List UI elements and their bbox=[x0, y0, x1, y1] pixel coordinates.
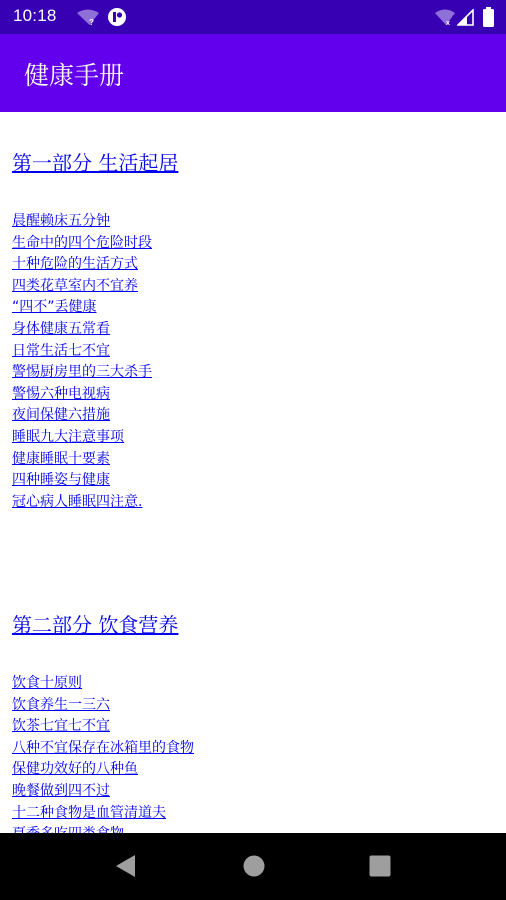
content-webview[interactable]: 第一部分 生活起居 晨醒赖床五分钟 生命中的四个危险时段 十种危险的生活方式 四… bbox=[0, 112, 506, 833]
list-item[interactable]: 警惕六种电视病 bbox=[12, 384, 152, 406]
back-triangle-icon bbox=[113, 853, 139, 879]
recents-square-icon bbox=[367, 853, 393, 879]
list-item[interactable]: 日常生活七不宜 bbox=[12, 341, 152, 363]
list-item[interactable]: 饮食十原则 bbox=[12, 673, 194, 695]
recents-button[interactable] bbox=[367, 853, 393, 879]
section-heading-diet[interactable]: 第二部分 饮食营养 bbox=[12, 609, 178, 638]
home-circle-icon bbox=[241, 853, 267, 879]
diet-link-list: 饮食十原则 饮食养生一三六 饮茶七宜七不宜 八种不宜保存在冰箱里的食物 保健功效… bbox=[12, 673, 194, 833]
notification-app-icon bbox=[107, 7, 127, 31]
home-button[interactable] bbox=[241, 853, 267, 879]
app-title: 健康手册 bbox=[24, 56, 124, 92]
list-item[interactable]: 十种危险的生活方式 bbox=[12, 254, 152, 276]
list-item[interactable]: 冠心病人睡眠四注意. bbox=[12, 492, 152, 514]
battery-icon bbox=[483, 7, 494, 31]
list-item[interactable]: 饮茶七宜七不宜 bbox=[12, 716, 194, 738]
system-nav-bar bbox=[0, 833, 506, 900]
svg-text:?: ? bbox=[89, 18, 94, 26]
list-item[interactable]: 夜间保健六措施 bbox=[12, 405, 152, 427]
wifi-off-icon: x bbox=[434, 9, 456, 30]
list-item[interactable]: “四不”丢健康 bbox=[12, 297, 152, 319]
cell-signal-icon bbox=[457, 9, 474, 30]
list-item[interactable]: 身体健康五常看 bbox=[12, 319, 152, 341]
list-item[interactable]: 晚餐做到四不过 bbox=[12, 781, 194, 803]
lifestyle-link-list: 晨醒赖床五分钟 生命中的四个危险时段 十种危险的生活方式 四类花草室内不宜养 “… bbox=[12, 211, 152, 513]
app-bar: 健康手册 bbox=[0, 34, 506, 112]
list-item[interactable]: 睡眠九大注意事项 bbox=[12, 427, 152, 449]
wifi-unknown-icon: ? bbox=[76, 9, 100, 30]
list-item[interactable]: 饮食养生一三六 bbox=[12, 695, 194, 717]
list-item[interactable]: 保健功效好的八种鱼 bbox=[12, 759, 194, 781]
list-item[interactable]: 夏季多吃四类食物 bbox=[12, 824, 194, 833]
back-button[interactable] bbox=[113, 853, 139, 879]
list-item[interactable]: 八种不宜保存在冰箱里的食物 bbox=[12, 738, 194, 760]
status-bar: 10:18 ? x bbox=[0, 0, 506, 34]
svg-text:x: x bbox=[446, 20, 450, 26]
list-item[interactable]: 晨醒赖床五分钟 bbox=[12, 211, 152, 233]
list-item[interactable]: 十二种食物是血管清道夫 bbox=[12, 803, 194, 825]
list-item[interactable]: 警惕厨房里的三大杀手 bbox=[12, 362, 152, 384]
list-item[interactable]: 生命中的四个危险时段 bbox=[12, 233, 152, 255]
list-item[interactable]: 四类花草室内不宜养 bbox=[12, 276, 152, 298]
status-time: 10:18 bbox=[13, 6, 57, 26]
list-item[interactable]: 四种睡姿与健康 bbox=[12, 470, 152, 492]
section-heading-lifestyle[interactable]: 第一部分 生活起居 bbox=[12, 147, 178, 176]
list-item[interactable]: 健康睡眠十要素 bbox=[12, 449, 152, 471]
